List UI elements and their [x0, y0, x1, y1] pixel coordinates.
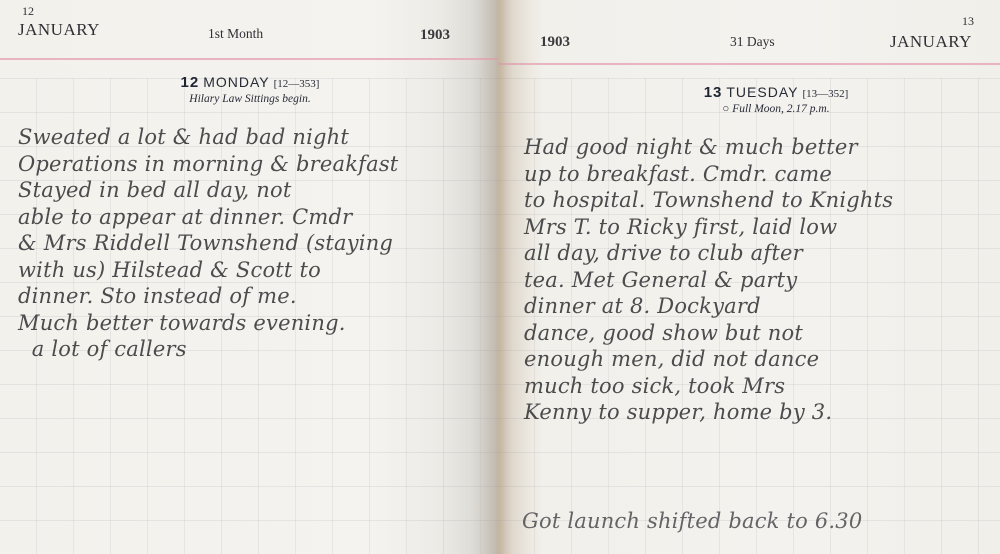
handwritten-line: able to appear at dinner. Cmdr: [18, 204, 398, 231]
handwritten-line: Mrs T. to Ricky first, laid low: [524, 214, 893, 241]
day-number: 12: [181, 74, 200, 91]
handwritten-line: up to breakfast. Cmdr. came: [524, 161, 893, 188]
handwritten-line: with us) Hilstead & Scott to: [18, 257, 398, 284]
full-moon-icon: ○: [722, 103, 729, 115]
left-page: 12 JANUARY 1st Month 1903 12MONDAY[12—35…: [0, 0, 498, 554]
handwritten-line: to hospital. Townshend to Knights: [524, 187, 893, 214]
right-page: 1903 31 Days 13 JANUARY 13TUESDAY[13—352…: [498, 0, 1000, 554]
weekday: TUESDAY: [726, 84, 798, 100]
month-info: 31 Days: [730, 34, 775, 50]
diary-spread: 12 JANUARY 1st Month 1903 12MONDAY[12—35…: [0, 0, 1000, 554]
handwritten-line: Much better towards evening.: [18, 310, 398, 337]
handwritten-line: tea. Met General & party: [524, 267, 893, 294]
handwritten-entry: Had good night & much better up to break…: [524, 134, 893, 426]
month-label: JANUARY: [18, 20, 100, 40]
year-label: 1903: [540, 34, 570, 51]
handwritten-line: enough men, did not dance: [524, 346, 893, 373]
handwritten-line: dinner at 8. Dockyard: [524, 293, 893, 320]
handwritten-line: much too sick, took Mrs: [524, 373, 893, 400]
handwritten-line: Stayed in bed all day, not: [18, 177, 398, 204]
handwritten-line: Sweated a lot & had bad night: [18, 124, 398, 151]
day-count: [13—352]: [802, 88, 848, 100]
handwritten-line: Operations in morning & breakfast: [18, 151, 398, 178]
handwritten-line: a lot of callers: [18, 336, 398, 363]
month-info: 1st Month: [208, 26, 263, 42]
handwritten-line: dance, good show but not: [524, 320, 893, 347]
weekday: MONDAY: [203, 74, 269, 90]
year-label: 1903: [420, 27, 450, 44]
header-rule: [498, 63, 1000, 65]
page-number: 12: [22, 4, 34, 19]
handwritten-line: Had good night & much better: [524, 134, 893, 161]
day-heading: 12MONDAY[12—353] Hilary Law Sittings beg…: [120, 74, 380, 105]
day-note: Full Moon, 2.17 p.m.: [732, 103, 829, 115]
day-number: 13: [704, 84, 723, 101]
handwritten-line: all day, drive to club after: [524, 240, 893, 267]
page-number: 13: [962, 14, 974, 29]
handwritten-entry: Sweated a lot & had bad night Operations…: [18, 124, 398, 363]
handwritten-line: Kenny to supper, home by 3.: [524, 399, 893, 426]
handwritten-line: & Mrs Riddell Townshend (staying: [18, 230, 398, 257]
handwritten-line: dinner. Sto instead of me.: [18, 283, 398, 310]
day-count: [12—353]: [274, 78, 320, 90]
handwritten-postscript: Got launch shifted back to 6.30: [522, 508, 862, 535]
day-note: Hilary Law Sittings begin.: [120, 93, 380, 105]
month-label: JANUARY: [890, 32, 972, 52]
day-heading: 13TUESDAY[13—352] ○ Full Moon, 2.17 p.m.: [646, 84, 906, 115]
header-rule: [0, 58, 498, 60]
